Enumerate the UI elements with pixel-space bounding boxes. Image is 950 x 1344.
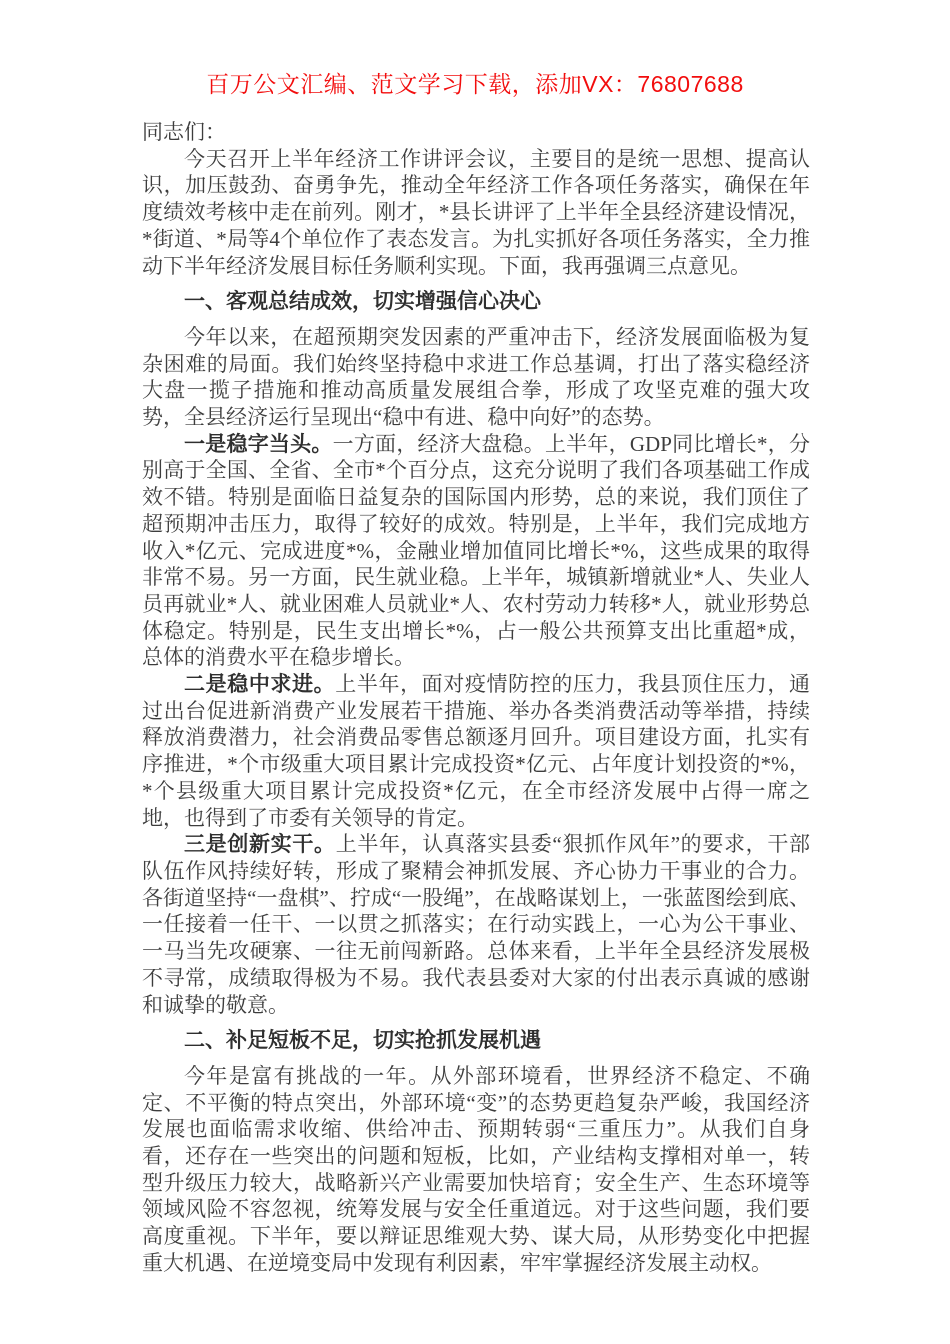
point-1-text: 一方面，经济大盘稳。上半年，GDP同比增长*，分别高于全国、全省、全市*个百分点… bbox=[142, 432, 810, 670]
section-1-paragraph: 今年以来，在超预期突发因素的严重冲击下，经济发展面临极为复杂困难的局面。我们始终… bbox=[142, 324, 810, 431]
section-1-heading: 一、客观总结成效，切实增强信心决心 bbox=[142, 288, 810, 315]
section-1-point-2: 二是稳中求进。上半年，面对疫情防控的压力，我县顶住压力，通过出台促进新消费产业发… bbox=[142, 671, 810, 831]
section-1-point-1: 一是稳字当头。一方面，经济大盘稳。上半年，GDP同比增长*，分别高于全国、全省、… bbox=[142, 431, 810, 671]
promo-notice-text: 百万公文汇编、范文学习下载，添加VX：76807688 bbox=[0, 66, 950, 99]
document-body: 同志们： 今天召开上半年经济工作讲评会议，主要目的是统一思想、提高认识，加压鼓劲… bbox=[142, 119, 810, 1277]
section-2-paragraph: 今年是富有挑战的一年。从外部环境看，世界经济不稳定、不确定、不平衡的特点突出，外… bbox=[142, 1063, 810, 1277]
intro-paragraph: 今天召开上半年经济工作讲评会议，主要目的是统一思想、提高认识，加压鼓劲、奋勇争先… bbox=[142, 146, 810, 280]
point-3-lead: 三是创新实干。 bbox=[184, 832, 336, 856]
point-1-lead: 一是稳字当头。 bbox=[184, 432, 333, 456]
salutation: 同志们： bbox=[142, 119, 810, 146]
point-3-text: 上半年，认真落实县委“狠抓作风年”的要求，干部队伍作风持续好转，形成了聚精会神抓… bbox=[142, 832, 810, 1016]
section-2-heading: 二、补足短板不足，切实抢抓发展机遇 bbox=[142, 1027, 810, 1054]
point-2-lead: 二是稳中求进。 bbox=[184, 672, 335, 696]
section-1-point-3: 三是创新实干。上半年，认真落实县委“狠抓作风年”的要求，干部队伍作风持续好转，形… bbox=[142, 831, 810, 1018]
document-page: 百万公文汇编、范文学习下载，添加VX：76807688 同志们： 今天召开上半年… bbox=[0, 0, 950, 1344]
